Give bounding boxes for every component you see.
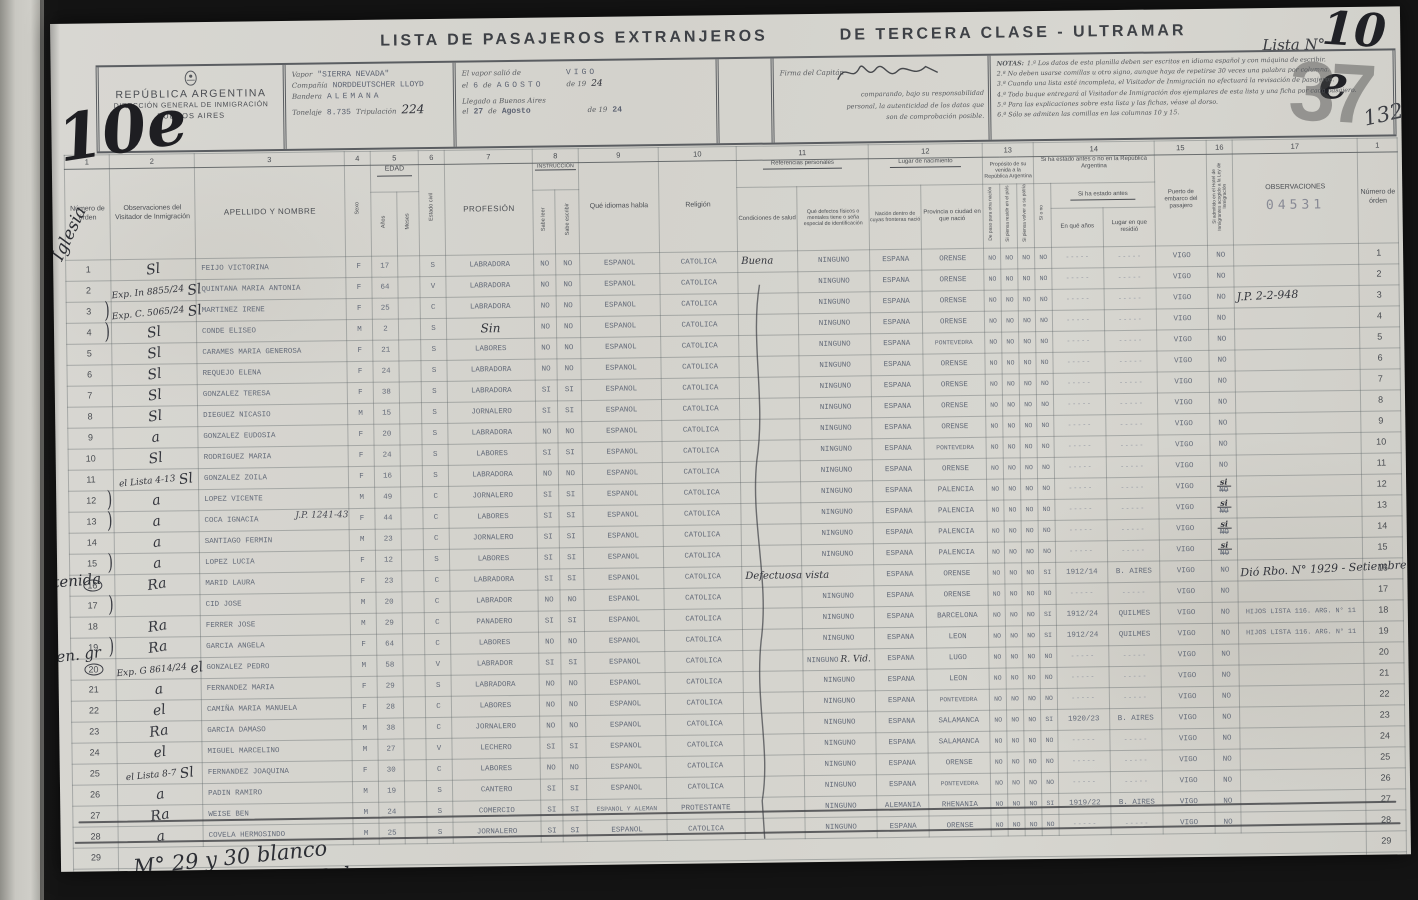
cell-en-que-anos: ----- <box>1057 666 1109 688</box>
cell-numero-2: 11 <box>1361 452 1401 474</box>
cell-estado-civil: V <box>426 738 452 759</box>
cell-idiomas: ESPANOL <box>580 273 660 295</box>
cell-numero-2: 15 <box>1362 536 1402 558</box>
cell-numero-2: 12 <box>1362 473 1402 495</box>
cell-meses <box>399 402 421 423</box>
cell-proposito-3: NO <box>1021 541 1038 562</box>
cell-proposito-2: NO <box>1002 352 1019 373</box>
cell-en-que-anos: ----- <box>1057 687 1109 709</box>
cell-proposito-3: NO <box>1018 289 1035 310</box>
cell-observaciones: Dió Rbo. N° 1929 - Setiembre 4 d 1924 <box>1238 558 1363 581</box>
registry-stamp: 04531 <box>1233 196 1357 214</box>
cell-sabe-escribir: NO <box>556 253 580 274</box>
cell-observaciones <box>1234 264 1359 287</box>
cell-idiomas: ESPANOL <box>584 567 664 589</box>
cell-en-que-anos: ----- <box>1053 351 1105 373</box>
cell-lugar-residio: ----- <box>1104 246 1156 268</box>
cell-hotel: NO <box>1208 308 1234 329</box>
cell-defectos: NINGUNO <box>798 249 870 271</box>
sub-header-nacion: Nación dentro de cuyas fronteras nació <box>869 185 922 249</box>
cell-puerto: VIGO <box>1156 266 1208 288</box>
cell-profesion: LABRADORA <box>446 296 534 318</box>
cell-nacion: ESPANA <box>873 480 925 502</box>
cell-sexo: M <box>349 487 375 508</box>
cell-sabe-leer: NO <box>540 715 562 736</box>
cell-profesion: LECHERO <box>452 737 540 759</box>
cell-provincia: ORENSE <box>923 395 985 417</box>
cell-defectos: NINGUNOR. Vid. <box>803 648 875 670</box>
cell-religion: CATOLICA <box>665 671 743 693</box>
cell-provincia: LEON <box>927 626 989 648</box>
cell-hotel: siNO <box>1211 518 1237 539</box>
cell-puerto: VIGO <box>1157 371 1209 393</box>
cell-proposito-1: NO <box>990 710 1007 731</box>
sub-header-proposito-2: Si piensa residir en el país <box>1000 184 1018 248</box>
cell-proposito-2: NO <box>1007 751 1024 772</box>
cell-observaciones <box>1240 768 1365 791</box>
cell-apellido: GONZALEZ TERESA <box>197 382 347 405</box>
cell-en-que-anos: ----- <box>1055 498 1107 520</box>
cell-idiomas: ESPANOL <box>581 378 661 400</box>
cell-proposito-1: NO <box>986 416 1003 437</box>
colnum: 15 <box>1154 140 1206 155</box>
cell-proposito-2: NO <box>1005 604 1022 625</box>
cell-puerto: VIGO <box>1162 728 1214 750</box>
cell-hotel: NO <box>1208 287 1234 308</box>
cell-religion: CATOLICA <box>661 356 739 378</box>
colnum: 1 <box>1357 138 1397 153</box>
cell-estuvo-si-no: NO <box>1040 667 1057 688</box>
cell-estuvo-si-no: NO <box>1035 247 1052 268</box>
cell-apellido: WEISE BEN <box>203 802 353 825</box>
cell-puerto: VIGO <box>1160 581 1212 603</box>
el2-label: el <box>462 108 468 116</box>
cell-defectos: NINGUNO <box>802 606 874 628</box>
cell-provincia: PONTEVEDRA <box>928 773 990 795</box>
cell-sabe-leer: NO <box>534 295 556 316</box>
cell-numero-2: 24 <box>1365 725 1405 747</box>
cell-religion: CATOLICA <box>662 419 740 441</box>
cell-lugar-residio: ----- <box>1104 288 1156 310</box>
cell-visitador: a <box>117 783 202 805</box>
cell-defectos: NINGUNO <box>805 795 877 817</box>
cell-hotel: NO <box>1213 623 1239 644</box>
cell-profesion: LABORES <box>449 506 537 528</box>
cell-en-que-anos: ----- <box>1058 771 1110 793</box>
cell-apellido: CAMIÑA MARIA MANUELA <box>201 697 351 720</box>
llegada-label: Llegado a Buenos Aires <box>462 97 546 106</box>
cell-estado-civil: S <box>427 822 453 843</box>
cell-numero: 24 <box>72 742 117 764</box>
cell-observaciones <box>1235 327 1360 350</box>
cell-nacion: ESPANA <box>871 375 923 397</box>
cell-numero-2: 27 <box>1366 788 1406 810</box>
cell-proposito-3: NO <box>1018 310 1035 331</box>
cell-proposito-3: NO <box>1018 268 1035 289</box>
cell-estado-civil: S <box>422 444 448 465</box>
cell-estuvo-si-no: NO <box>1036 331 1053 352</box>
cell-numero-2: 21 <box>1364 662 1404 684</box>
cell-puerto: VIGO <box>1156 287 1208 309</box>
cell-religion: CATOLICA <box>661 335 739 357</box>
cell-proposito-1: NO <box>984 311 1001 332</box>
cell-lugar-residio: ----- <box>1107 498 1159 520</box>
cell-anos: 16 <box>374 466 400 487</box>
cell-en-que-anos: ----- <box>1052 267 1104 289</box>
cell-hotel: siNO <box>1211 476 1237 497</box>
cell-idiomas: ESPANOL <box>582 462 662 484</box>
sub-header-defectos: Qué defectos físicos o mentales tiene o … <box>797 186 870 251</box>
cell-nacion: ESPANA <box>871 354 923 376</box>
cell-religion: CATOLICA <box>667 818 745 840</box>
cell-puerto: VIGO <box>1156 308 1208 330</box>
cell-visitador: Ra <box>117 720 202 742</box>
cell-estado-civil: C <box>423 528 449 549</box>
cell-visitador: Sl <box>111 258 196 280</box>
cell-visitador: Exp. C. 5065/24Sl <box>111 300 196 322</box>
cell-proposito-3: NO <box>1020 415 1037 436</box>
cell-religion: CATOLICA <box>665 629 743 651</box>
cell-anos: 44 <box>375 508 401 529</box>
cell-sabe-escribir: SI <box>559 505 583 526</box>
cell-sabe-escribir: NO <box>557 337 581 358</box>
cell-estuvo-si-no: NO <box>1036 373 1053 394</box>
cell-lugar-residio: ----- <box>1106 435 1158 457</box>
col-header-estuvo: Si ha estado antes o no en la República … <box>1033 155 1154 184</box>
cell-sabe-leer: NO <box>535 337 557 358</box>
cell-numero-2: 3 <box>1359 284 1399 306</box>
sub-header-si-o-no: Sí o no <box>1034 183 1052 247</box>
cell-nacion: ESPANA <box>871 333 923 355</box>
cell-numero-2: 4 <box>1359 305 1399 327</box>
salio-day: 6 <box>473 81 478 90</box>
cell-estuvo-si-no: SI <box>1039 604 1056 625</box>
sub-header-proposito-3: Si piensa volver a su patria <box>1017 184 1035 248</box>
cell-proposito-3: NO <box>1025 814 1042 835</box>
cell-idiomas: ESPANOL <box>584 588 664 610</box>
cell-sabe-leer: NO <box>534 274 556 295</box>
cell-sabe-escribir: SI <box>559 547 583 568</box>
cell-proposito-1: NO <box>990 731 1007 752</box>
cell-sabe-escribir: SI <box>559 484 583 505</box>
cell-estuvo-si-no: NO <box>1035 268 1052 289</box>
cell-nacion: ESPANA <box>872 438 924 460</box>
cell-proposito-2: NO <box>1004 478 1021 499</box>
cell-proposito-3: NO <box>1021 520 1038 541</box>
cell-lugar-residio: ----- <box>1105 393 1157 415</box>
cell-proposito-2: NO <box>1007 772 1024 793</box>
cell-estado-civil: S <box>421 360 447 381</box>
cell-lugar-residio: B. AIRES <box>1108 561 1160 583</box>
col-header-sexo: Sexo <box>344 165 371 256</box>
col-header-estado-civil: Estado civil <box>418 164 445 255</box>
cell-proposito-1: NO <box>984 290 1001 311</box>
cell-nacion: ESPANA <box>873 501 925 523</box>
cell-sabe-escribir: NO <box>561 694 585 715</box>
cell-provincia: BARCELONA <box>926 605 988 627</box>
cell-sabe-leer: SI <box>537 547 559 568</box>
cell-numero-2: 22 <box>1364 683 1404 705</box>
cell-nacion: ESPANA <box>870 249 922 271</box>
cell-provincia: PONTEVEDRA <box>927 689 989 711</box>
cell-observaciones <box>1241 789 1366 812</box>
notas-box: NOTAS:1.ª Los datos de esta planilla deb… <box>990 50 1396 139</box>
cell-estuvo-si-no: NO <box>1041 751 1058 772</box>
cell-estuvo-si-no: SI <box>1039 562 1056 583</box>
cell-observaciones <box>1235 369 1360 392</box>
cell-proposito-1: NO <box>986 437 1003 458</box>
cell-puerto: VIGO <box>1161 644 1213 666</box>
col-header-visitador: Observaciones del Visitador de Inmigraci… <box>109 168 195 260</box>
colnum: 4 <box>344 151 370 165</box>
cell-sabe-leer: SI <box>536 442 558 463</box>
cell-religion: CATOLICA <box>660 251 738 273</box>
cell-profesion: LABRADORA <box>448 422 536 444</box>
cell-sexo: F <box>348 466 374 487</box>
tonelaje-label: Tonelaje <box>292 108 322 116</box>
cell-religion: CATOLICA <box>662 440 740 462</box>
cell-nacion: ESPANA <box>876 774 928 796</box>
cell-provincia: LEON <box>927 668 989 690</box>
cell-idiomas: ESPANOL <box>586 777 666 799</box>
cell-meses <box>398 318 420 339</box>
cell-visitador: Sl <box>111 321 196 343</box>
cell-sabe-leer: SI <box>539 652 561 673</box>
cell-proposito-2: NO <box>1003 415 1020 436</box>
cell-en-que-anos: ----- <box>1055 540 1107 562</box>
cell-visitador: Sl <box>112 363 197 385</box>
cell-en-que-anos: ----- <box>1053 372 1105 394</box>
cell-anos: 21 <box>373 340 399 361</box>
cell-provincia: ORENSE <box>924 416 986 438</box>
cell-nacion: ESPANA <box>874 606 926 628</box>
cell-lugar-residio: ----- <box>1104 309 1156 331</box>
cell-numero: 7 <box>67 385 112 407</box>
cell-puerto: VIGO <box>1160 602 1212 624</box>
cell-numero: 30 <box>74 868 119 872</box>
ship-info-box: Vapor "SIERRA NEVADA" Compañía NORDDEUTS… <box>286 63 457 149</box>
cell-estuvo-si-no: NO <box>1038 520 1055 541</box>
cell-proposito-2: NO <box>1004 541 1021 562</box>
cell-numero-2: 2 <box>1359 263 1399 285</box>
cell-estado-civil: S <box>420 318 446 339</box>
cell-provincia: ORENSE <box>926 563 988 585</box>
cell-defectos: NINGUNO <box>801 480 873 502</box>
cell-nacion: ESPANA <box>873 543 925 565</box>
cell-profesion: LABORES <box>451 695 539 717</box>
cell-en-que-anos: 1919/22 <box>1059 792 1111 814</box>
cell-hotel: NO <box>1213 644 1239 665</box>
cell-apellido: FERNANDEZ MARIA <box>201 676 351 699</box>
cell-sexo: F <box>346 298 372 319</box>
sub-header-salud: Condiciones de salud <box>737 187 798 251</box>
cell-sexo: M <box>347 403 373 424</box>
cell-proposito-1: NO <box>989 689 1006 710</box>
cell-provincia: PONTEVEDRA <box>923 332 985 354</box>
cell-estuvo-si-no: NO <box>1040 646 1057 667</box>
cell-sabe-escribir: NO <box>556 295 580 316</box>
col-header-idiomas: Qué idiomas habla <box>578 162 659 254</box>
cell-anos: 29 <box>377 676 403 697</box>
cell-defectos: NINGUNO <box>798 270 870 292</box>
cell-sabe-escribir: SI <box>557 379 581 400</box>
cell-puerto: VIGO <box>1158 413 1210 435</box>
cell-defectos: NINGUNO <box>800 459 872 481</box>
cell-estado-civil: S <box>420 255 446 276</box>
cell-proposito-3: NO <box>1019 394 1036 415</box>
cell-religion: CATOLICA <box>664 566 742 588</box>
cell-idiomas: ESPANOL <box>583 525 663 547</box>
cell-apellido: CARAMES MARIA GENEROSA <box>197 340 347 363</box>
cell-sabe-leer: SI <box>537 484 559 505</box>
cell-anos: 29 <box>376 613 402 634</box>
cell-en-que-anos: ----- <box>1054 435 1106 457</box>
cell-religion: CATOLICA <box>662 461 740 483</box>
cell-proposito-2: NO <box>1002 394 1019 415</box>
cell-religion: CATOLICA <box>663 545 741 567</box>
cell-nacion: ESPANA <box>870 312 922 334</box>
sub-header-sabe-escribir: Sabe escribir <box>555 190 580 254</box>
cell-proposito-1: NO <box>985 332 1002 353</box>
cell-nacion: ESPANA <box>875 690 927 712</box>
cell-puerto: VIGO <box>1159 497 1211 519</box>
cell-apellido: SANTIAGO FERMIN <box>199 529 349 552</box>
col-header-nacimiento: Lugar de nacimiento <box>868 157 982 185</box>
cell-provincia: PALENCIA <box>925 500 987 522</box>
sub-header-en-anos: En qué años <box>1051 208 1103 247</box>
cell-provincia: SALAMANCA <box>928 710 990 732</box>
colnum: 13 <box>982 143 1033 158</box>
cell-nacion: ESPANA <box>874 585 926 607</box>
cell-nacion: ESPANA <box>870 270 922 292</box>
cell-idiomas: ESPANOL <box>586 735 666 757</box>
sub-header-estado-antes: Si ha estado antes <box>1051 182 1155 209</box>
cell-observaciones <box>1237 474 1362 497</box>
cell-numero-2: 13 <box>1362 494 1402 516</box>
cell-idiomas: ESPANOL <box>580 294 660 316</box>
cell-idiomas: ESPANOL <box>586 756 666 778</box>
cell-anos: 15 <box>373 403 399 424</box>
cell-sabe-escribir: SI <box>559 526 583 547</box>
cell-meses <box>402 570 424 591</box>
cell-lugar-residio: ----- <box>1105 330 1157 352</box>
salio-month: AGOSTO <box>497 81 544 91</box>
colnum: 6 <box>418 150 444 164</box>
cell-observaciones <box>1237 537 1362 560</box>
header-band: REPÚBLICA ARGENTINA DIRECCIÓN GENERAL DE… <box>96 48 1397 153</box>
cell-numero: 13) <box>69 511 114 533</box>
cell-nacion: ESPANA <box>872 459 924 481</box>
cell-idiomas: ESPANOL <box>585 672 665 694</box>
cell-estuvo-si-no: SI <box>1041 709 1058 730</box>
cell-estado-civil: S <box>426 780 452 801</box>
cell-apellido: LOPEZ LUCIA <box>199 550 349 573</box>
cell-estado-civil: S <box>425 675 451 696</box>
cell-numero-2: 25 <box>1365 746 1405 768</box>
cell-defectos: NINGUNO <box>801 501 873 523</box>
cell-proposito-1: NO <box>989 626 1006 647</box>
cell-proposito-2: NO <box>1006 688 1023 709</box>
cell-profesion: COMERCIO <box>453 800 541 822</box>
cell-proposito-3: NO <box>1024 772 1041 793</box>
cell-nacion: ALEMANIA <box>877 795 929 817</box>
cell-sabe-leer: SI <box>537 505 559 526</box>
cell-idiomas: ESPANOL <box>585 630 665 652</box>
cell-meses <box>398 276 420 297</box>
cell-apellido: LOPEZ VICENTE <box>199 487 349 510</box>
cell-provincia: LUGO <box>927 647 989 669</box>
cell-proposito-2: NO <box>1004 520 1021 541</box>
cell-en-que-anos: ----- <box>1052 246 1104 268</box>
llegada-year-label: de 19 <box>588 106 608 114</box>
cell-sabe-leer: SI <box>538 568 560 589</box>
cell-defectos: NINGUNO <box>798 291 870 313</box>
cell-profesion: CANTERO <box>452 779 540 801</box>
cell-apellido: FEIJO VICTORINA <box>196 256 346 279</box>
cell-proposito-1: NO <box>989 647 1006 668</box>
cell-observaciones <box>1240 705 1365 728</box>
cell-numero-2: 18 <box>1363 599 1403 621</box>
cell-lugar-residio: ----- <box>1110 771 1162 793</box>
sub-header-meses: Meses <box>397 192 420 256</box>
cell-apellido: CONDE ELISEO <box>196 319 346 342</box>
cell-en-que-anos: ----- <box>1058 750 1110 772</box>
cell-proposito-1: NO <box>991 815 1008 836</box>
cell-anos: 49 <box>375 487 401 508</box>
cell-provincia: PALENCIA <box>925 479 987 501</box>
cell-lugar-residio: ----- <box>1105 351 1157 373</box>
cell-proposito-2: NO <box>1005 562 1022 583</box>
cell-numero-2: 8 <box>1360 389 1400 411</box>
cell-apellido: GONZALEZ ZOILA <box>198 466 348 489</box>
salio-year: 24 <box>591 79 603 89</box>
cell-proposito-3: NO <box>1019 352 1036 373</box>
cell-religion: CATOLICA <box>661 377 739 399</box>
cell-idiomas: ESPANOL <box>580 315 660 337</box>
vapor-label: Vapor <box>292 71 313 79</box>
cell-estuvo-si-no: NO <box>1037 436 1054 457</box>
cell-sexo: F <box>346 277 372 298</box>
cell-proposito-1: NO <box>987 521 1004 542</box>
cell-observaciones <box>1235 348 1360 371</box>
cell-profesion: JORNALERO <box>452 716 540 738</box>
cell-numero-2: 14 <box>1362 515 1402 537</box>
cell-visitador: a <box>114 489 199 511</box>
cell-en-que-anos: 1912/14 <box>1056 561 1108 583</box>
cell-defectos: NINGUNO <box>799 375 871 397</box>
cell-lugar-residio: ----- <box>1109 645 1161 667</box>
cell-proposito-2: NO <box>1008 814 1025 835</box>
colnum: 5 <box>370 151 418 166</box>
cell-proposito-2: NO <box>1005 583 1022 604</box>
cell-anos: 28 <box>377 697 403 718</box>
col-header-hotel: Si admitido en el Hotel de Inmigrantes a… <box>1206 154 1233 245</box>
cell-religion: CATOLICA <box>666 776 744 798</box>
cell-religion: CATOLICA <box>665 692 743 714</box>
cell-sabe-leer: NO <box>534 316 556 337</box>
cell-visitador: el Lista 4-13Sl <box>113 468 198 490</box>
cell-hotel: siNO <box>1211 539 1237 560</box>
cell-provincia: PALENCIA <box>925 521 987 543</box>
cell-sexo: F <box>347 340 373 361</box>
cell-observaciones <box>1240 726 1365 749</box>
cell-proposito-1: NO <box>988 605 1005 626</box>
col-header-instruccion: INSTRUCCIÓN <box>532 163 578 191</box>
cell-meses <box>404 759 426 780</box>
cell-numero: 10 <box>68 448 113 470</box>
cell-sabe-leer: SI <box>540 736 562 757</box>
cell-lugar-residio: ----- <box>1106 414 1158 436</box>
